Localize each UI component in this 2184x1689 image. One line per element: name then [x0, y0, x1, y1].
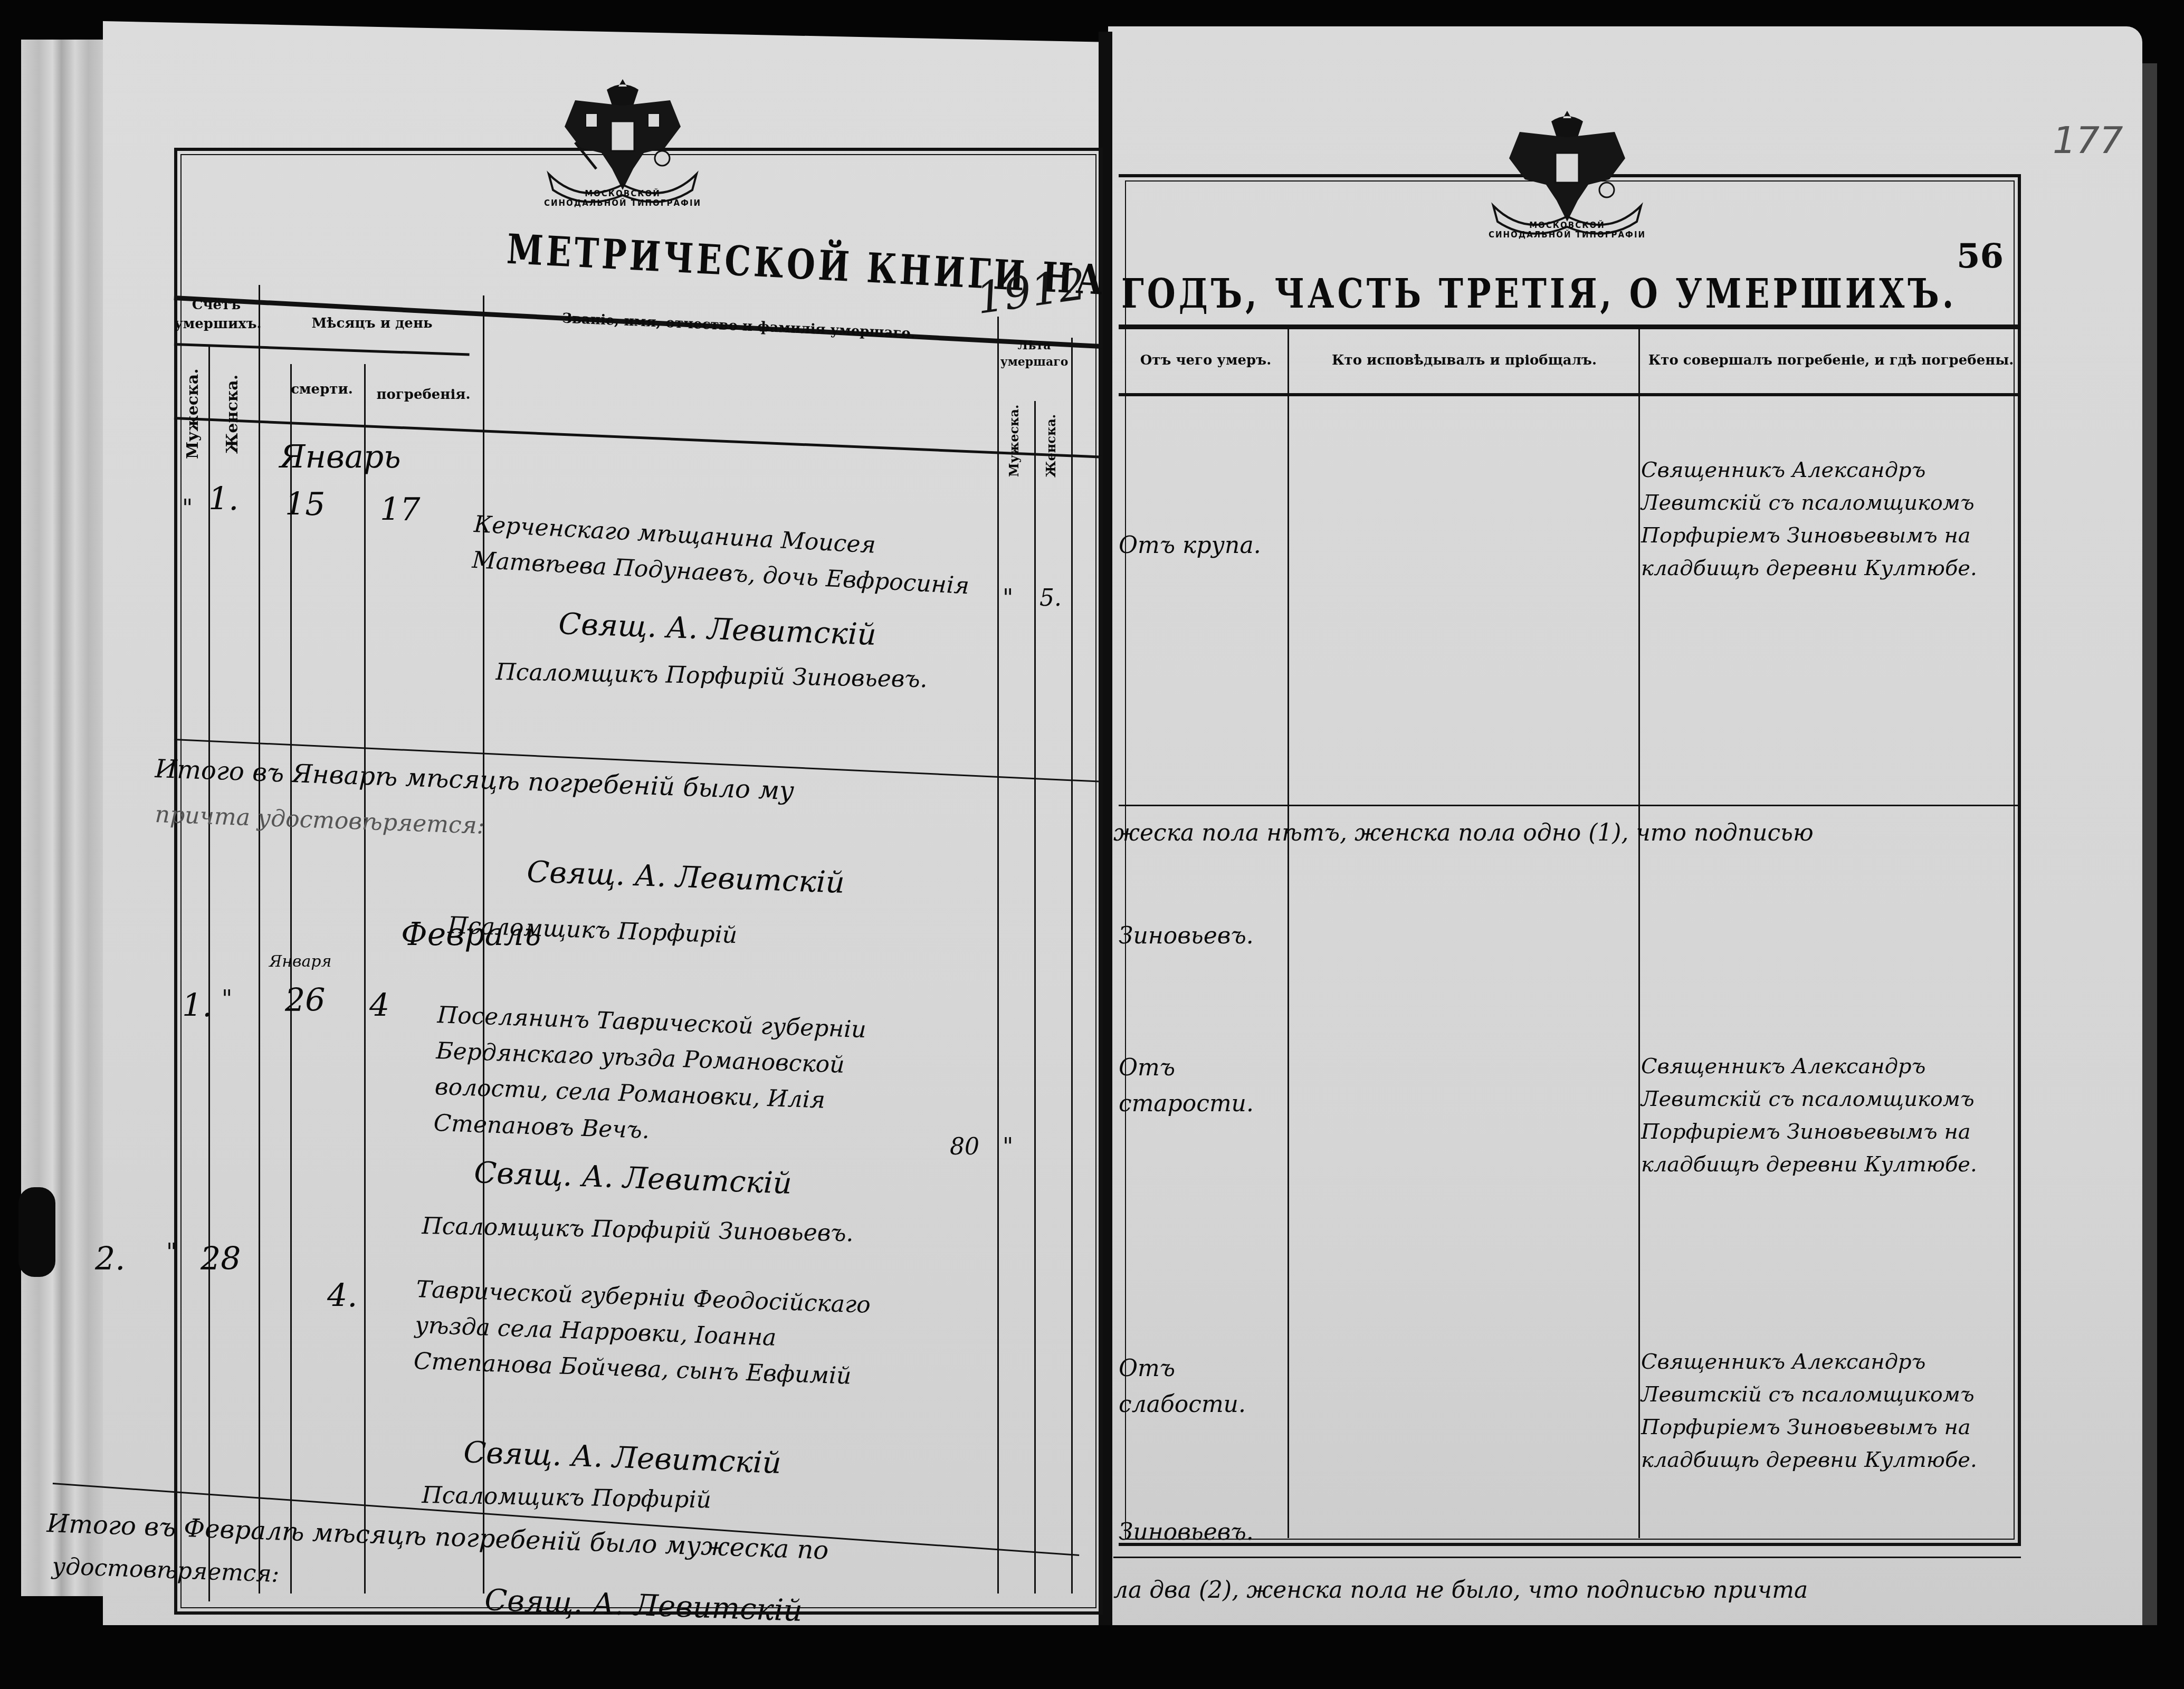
- entry-name: Таврической губерніи Феодосійскаго уѣзда…: [413, 1272, 902, 1397]
- book-right-edge: [2142, 63, 2157, 1636]
- entry-burial-day: 17: [380, 485, 420, 535]
- entry-death-day: 28: [201, 1235, 241, 1284]
- column-rule: [1034, 401, 1036, 1593]
- column-rule: [1287, 325, 1289, 1538]
- column-header-count-male: Мужеска.: [182, 369, 204, 459]
- column-rule: [1638, 325, 1640, 1538]
- entry-buried-by: Священникъ Александръ Левитскій съ псало…: [1641, 1050, 2021, 1181]
- column-header-count-female: Женска.: [222, 369, 244, 459]
- entry-buried-by: Священникъ Александръ Левитскій съ псало…: [1641, 454, 2021, 585]
- entry-female-number: ": [166, 1235, 177, 1271]
- entry-month: Февраль: [401, 910, 541, 959]
- entry-male-number: 2.: [95, 1235, 125, 1284]
- column-rule: [1071, 338, 1073, 1593]
- entry-cause: Отъ крупа.: [1119, 528, 1261, 564]
- column-rule: [997, 317, 999, 1593]
- entry-burial-day: 4.: [327, 1272, 357, 1321]
- column-header-death: смерти.: [280, 380, 364, 399]
- entry-male-number: 1.: [182, 981, 212, 1030]
- entry-burial-day: 4: [369, 981, 389, 1030]
- entry-name: Поселянинъ Таврической губерніи Бердянск…: [433, 997, 965, 1159]
- binding-clip: [18, 1187, 55, 1277]
- column-header-age-male: Мужеска.: [1005, 401, 1023, 480]
- entry-death-day: 26: [285, 976, 325, 1025]
- entry-age-male: 80: [950, 1129, 979, 1165]
- column-header-age-female: Женска.: [1042, 412, 1060, 480]
- header-bottom-rule-right: [1119, 393, 2021, 396]
- psalmist-signature: Псаломщикъ Порфирій Зиновьевъ.: [422, 1208, 854, 1252]
- coat-of-arms-left: МОСКОВСКОЙ СИНОДАЛЬНОЙ ТИПОГРАФІИ: [543, 69, 702, 211]
- entry-cause: Отъ старости.: [1119, 1050, 1277, 1122]
- page-number: 56: [1957, 236, 2004, 276]
- entry-cause: Отъ слабости.: [1119, 1351, 1277, 1423]
- page-title-right: ГОДЪ, ЧАСТЬ ТРЕТІЯ, О УМЕРШИХЪ.: [1121, 270, 1957, 318]
- page-stack-edge: [21, 40, 111, 1596]
- column-header-month-day: Мѣсяцъ и день: [264, 314, 480, 333]
- entry-death-month-note: Января: [269, 950, 331, 975]
- column-header-age: Лѣта умершаго: [995, 338, 1074, 370]
- entry-death-day: 15: [285, 480, 325, 529]
- coat-of-arms-banner: МОСКОВСКОЙ СИНОДАЛЬНОЙ ТИПОГРАФІИ: [1488, 221, 1646, 240]
- psalmist-signature-continued: Зиновьевъ.: [1119, 918, 1254, 954]
- column-header-buried-by: Кто совершалъ погребеніе, и гдѣ погребен…: [1641, 351, 2021, 370]
- right-page-frame: [1119, 174, 2021, 1546]
- column-rule: [259, 285, 260, 1593]
- january-divider-right: [1119, 805, 2021, 806]
- column-header-cause: Отъ чего умеръ.: [1124, 351, 1287, 370]
- header-top-rule-right: [1119, 325, 2021, 329]
- coat-of-arms-right: МОСКОВСКОЙ СИНОДАЛЬНОЙ ТИПОГРАФІИ: [1488, 100, 1646, 243]
- column-rule: [208, 346, 210, 1601]
- summary-text-right: ла два (2), женска пола не было, что под…: [1113, 1572, 2021, 1608]
- summary-text-right: жеска пола нѣтъ, женска пола одно (1), ч…: [1113, 815, 2021, 851]
- entry-month: Январь: [280, 433, 401, 482]
- entry-age-female: 5.: [1039, 580, 1062, 616]
- coat-of-arms-banner: МОСКОВСКОЙ СИНОДАЛЬНОЙ ТИПОГРАФІИ: [543, 189, 702, 208]
- entry-age-female: ": [1003, 1129, 1013, 1165]
- column-rule: [364, 364, 366, 1593]
- entry-female-number: ": [222, 981, 232, 1017]
- archive-folio-number: 177: [2053, 119, 2123, 162]
- entry-female-number: 1.: [208, 475, 239, 524]
- book-bottom-shadow: [0, 1625, 2184, 1689]
- column-header-count: Счётъ умершихъ.: [174, 295, 259, 334]
- column-header-confessed: Кто исповѣдывалъ и пріобщалъ.: [1290, 351, 1638, 370]
- entry-male-number: ": [182, 491, 193, 527]
- entry-age-male: ": [1003, 580, 1013, 616]
- february-divider-right: [1113, 1557, 2021, 1558]
- entry-buried-by: Священникъ Александръ Левитскій съ псало…: [1641, 1346, 2021, 1476]
- psalmist-signature-continued: Зиновьевъ.: [1119, 1514, 1254, 1550]
- psalmist-signature: Псаломщикъ Порфирій Зиновьевъ.: [495, 654, 928, 698]
- column-header-burial: погребенія.: [364, 385, 483, 404]
